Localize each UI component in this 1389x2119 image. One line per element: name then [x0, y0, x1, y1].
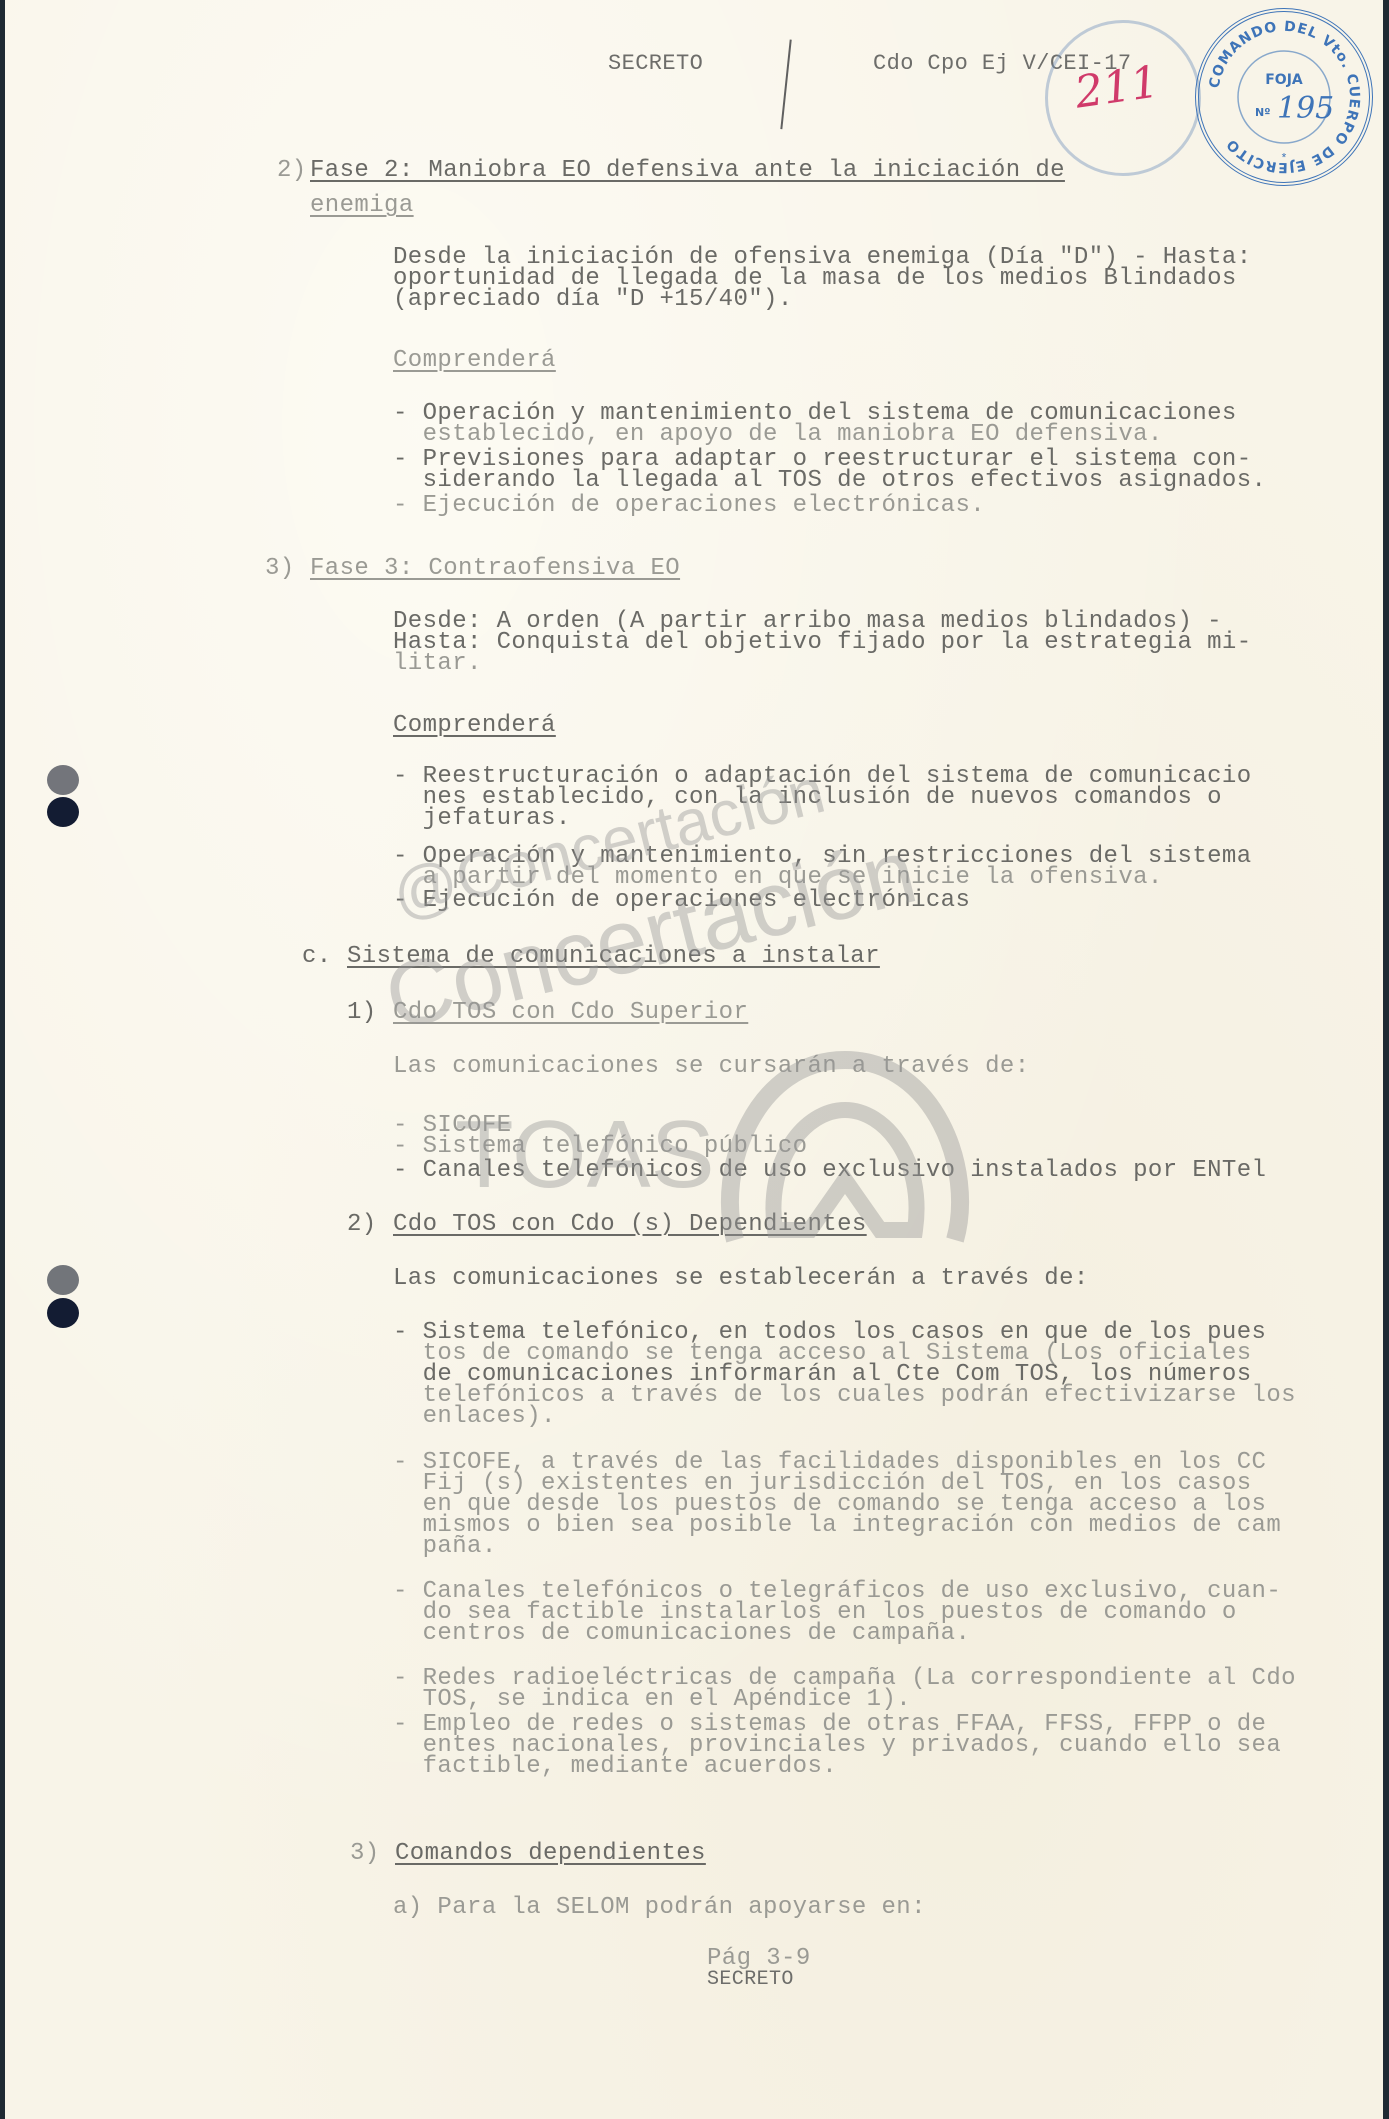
fase3-item-line: - Ejecución de operaciones electrónicas [393, 890, 970, 911]
fase2-title-cont: enemiga [310, 195, 414, 216]
header-classification: SECRETO [608, 53, 703, 74]
fase3-period-line: litar. [393, 653, 482, 674]
svg-text:FOJA: FOJA [1265, 72, 1303, 88]
fase3-item-line: a partir del momento en que se inicie la… [393, 867, 1163, 888]
punch-hole [47, 765, 79, 795]
section-c-title: Sistema de comunicaciones a instalar [347, 946, 880, 967]
fase3-comprendera: Comprenderá [393, 715, 556, 736]
sub2-intro: Las comunicaciones se establecerán a tra… [393, 1268, 1089, 1289]
fase2-comprendera: Comprenderá [393, 350, 556, 371]
stamp-ring-text: COMANDO DEL Vto. CUERPO DE EJERCITO FOJA… [1199, 12, 1369, 182]
svg-text:Nº: Nº [1255, 106, 1270, 119]
punch-hole [47, 1265, 79, 1295]
footer-page-number: Pág 3-9 [707, 1948, 811, 1969]
fase2-period-line: (apreciado día "D +15/40"). [393, 289, 793, 310]
sub2-item-line: enlaces). [393, 1406, 556, 1427]
fase3-title: Fase 3: Contraofensiva EO [310, 558, 680, 579]
fase2-item-line: establecido, en apoyo de la maniobra EO … [393, 424, 1163, 445]
sub3-number: 3) [350, 1843, 380, 1864]
fase3-number: 3) [265, 558, 295, 579]
svg-text:195: 195 [1277, 91, 1334, 126]
sub2-item-line: factible, mediante acuerdos. [393, 1756, 837, 1777]
sub3-item-a: a) Para la SELOM podrán apoyarse en: [393, 1897, 926, 1918]
fase2-item-line: siderando la llegada al TOS de otros efe… [393, 470, 1266, 491]
sub2-item-line: TOS, se indica en el Apéndice 1). [393, 1689, 911, 1710]
watermark-helmet-icon [695, 1050, 995, 1250]
section-c-letter: c. [302, 946, 332, 967]
sub1-number: 1) [347, 1002, 377, 1023]
fase2-title: Fase 2: Maniobra EO defensiva ante la in… [310, 160, 1065, 181]
fase2-number: 2) [277, 160, 307, 181]
fase2-item-line: - Ejecución de operaciones electrónicas. [393, 495, 985, 516]
foja-stamp: COMANDO DEL Vto. CUERPO DE EJERCITO FOJA… [1195, 8, 1373, 186]
fase3-period-line: Hasta: Conquista del objetivo fijado por… [393, 632, 1252, 653]
svg-text:*: * [1280, 152, 1287, 166]
pencil-mark [780, 40, 803, 131]
footer-classification: SECRETO [707, 1969, 794, 1990]
punch-hole [47, 797, 79, 827]
sub2-item-line: centros de comunicaciones de campaña. [393, 1623, 970, 1644]
sub3-title: Comandos dependientes [395, 1843, 706, 1864]
document-page: SECRETO Cdo Cpo Ej V/CEI-17 211 COMANDO … [5, 0, 1383, 2119]
sub1-title: Cdo TOS con Cdo Superior [393, 1002, 748, 1023]
sub2-number: 2) [347, 1214, 377, 1235]
sub2-item-line: paña. [393, 1536, 497, 1557]
fase3-item-line: jefaturas. [393, 808, 571, 829]
punch-hole [47, 1298, 79, 1328]
sub2-item-line: mismos o bien sea posible la integración… [393, 1515, 1281, 1536]
